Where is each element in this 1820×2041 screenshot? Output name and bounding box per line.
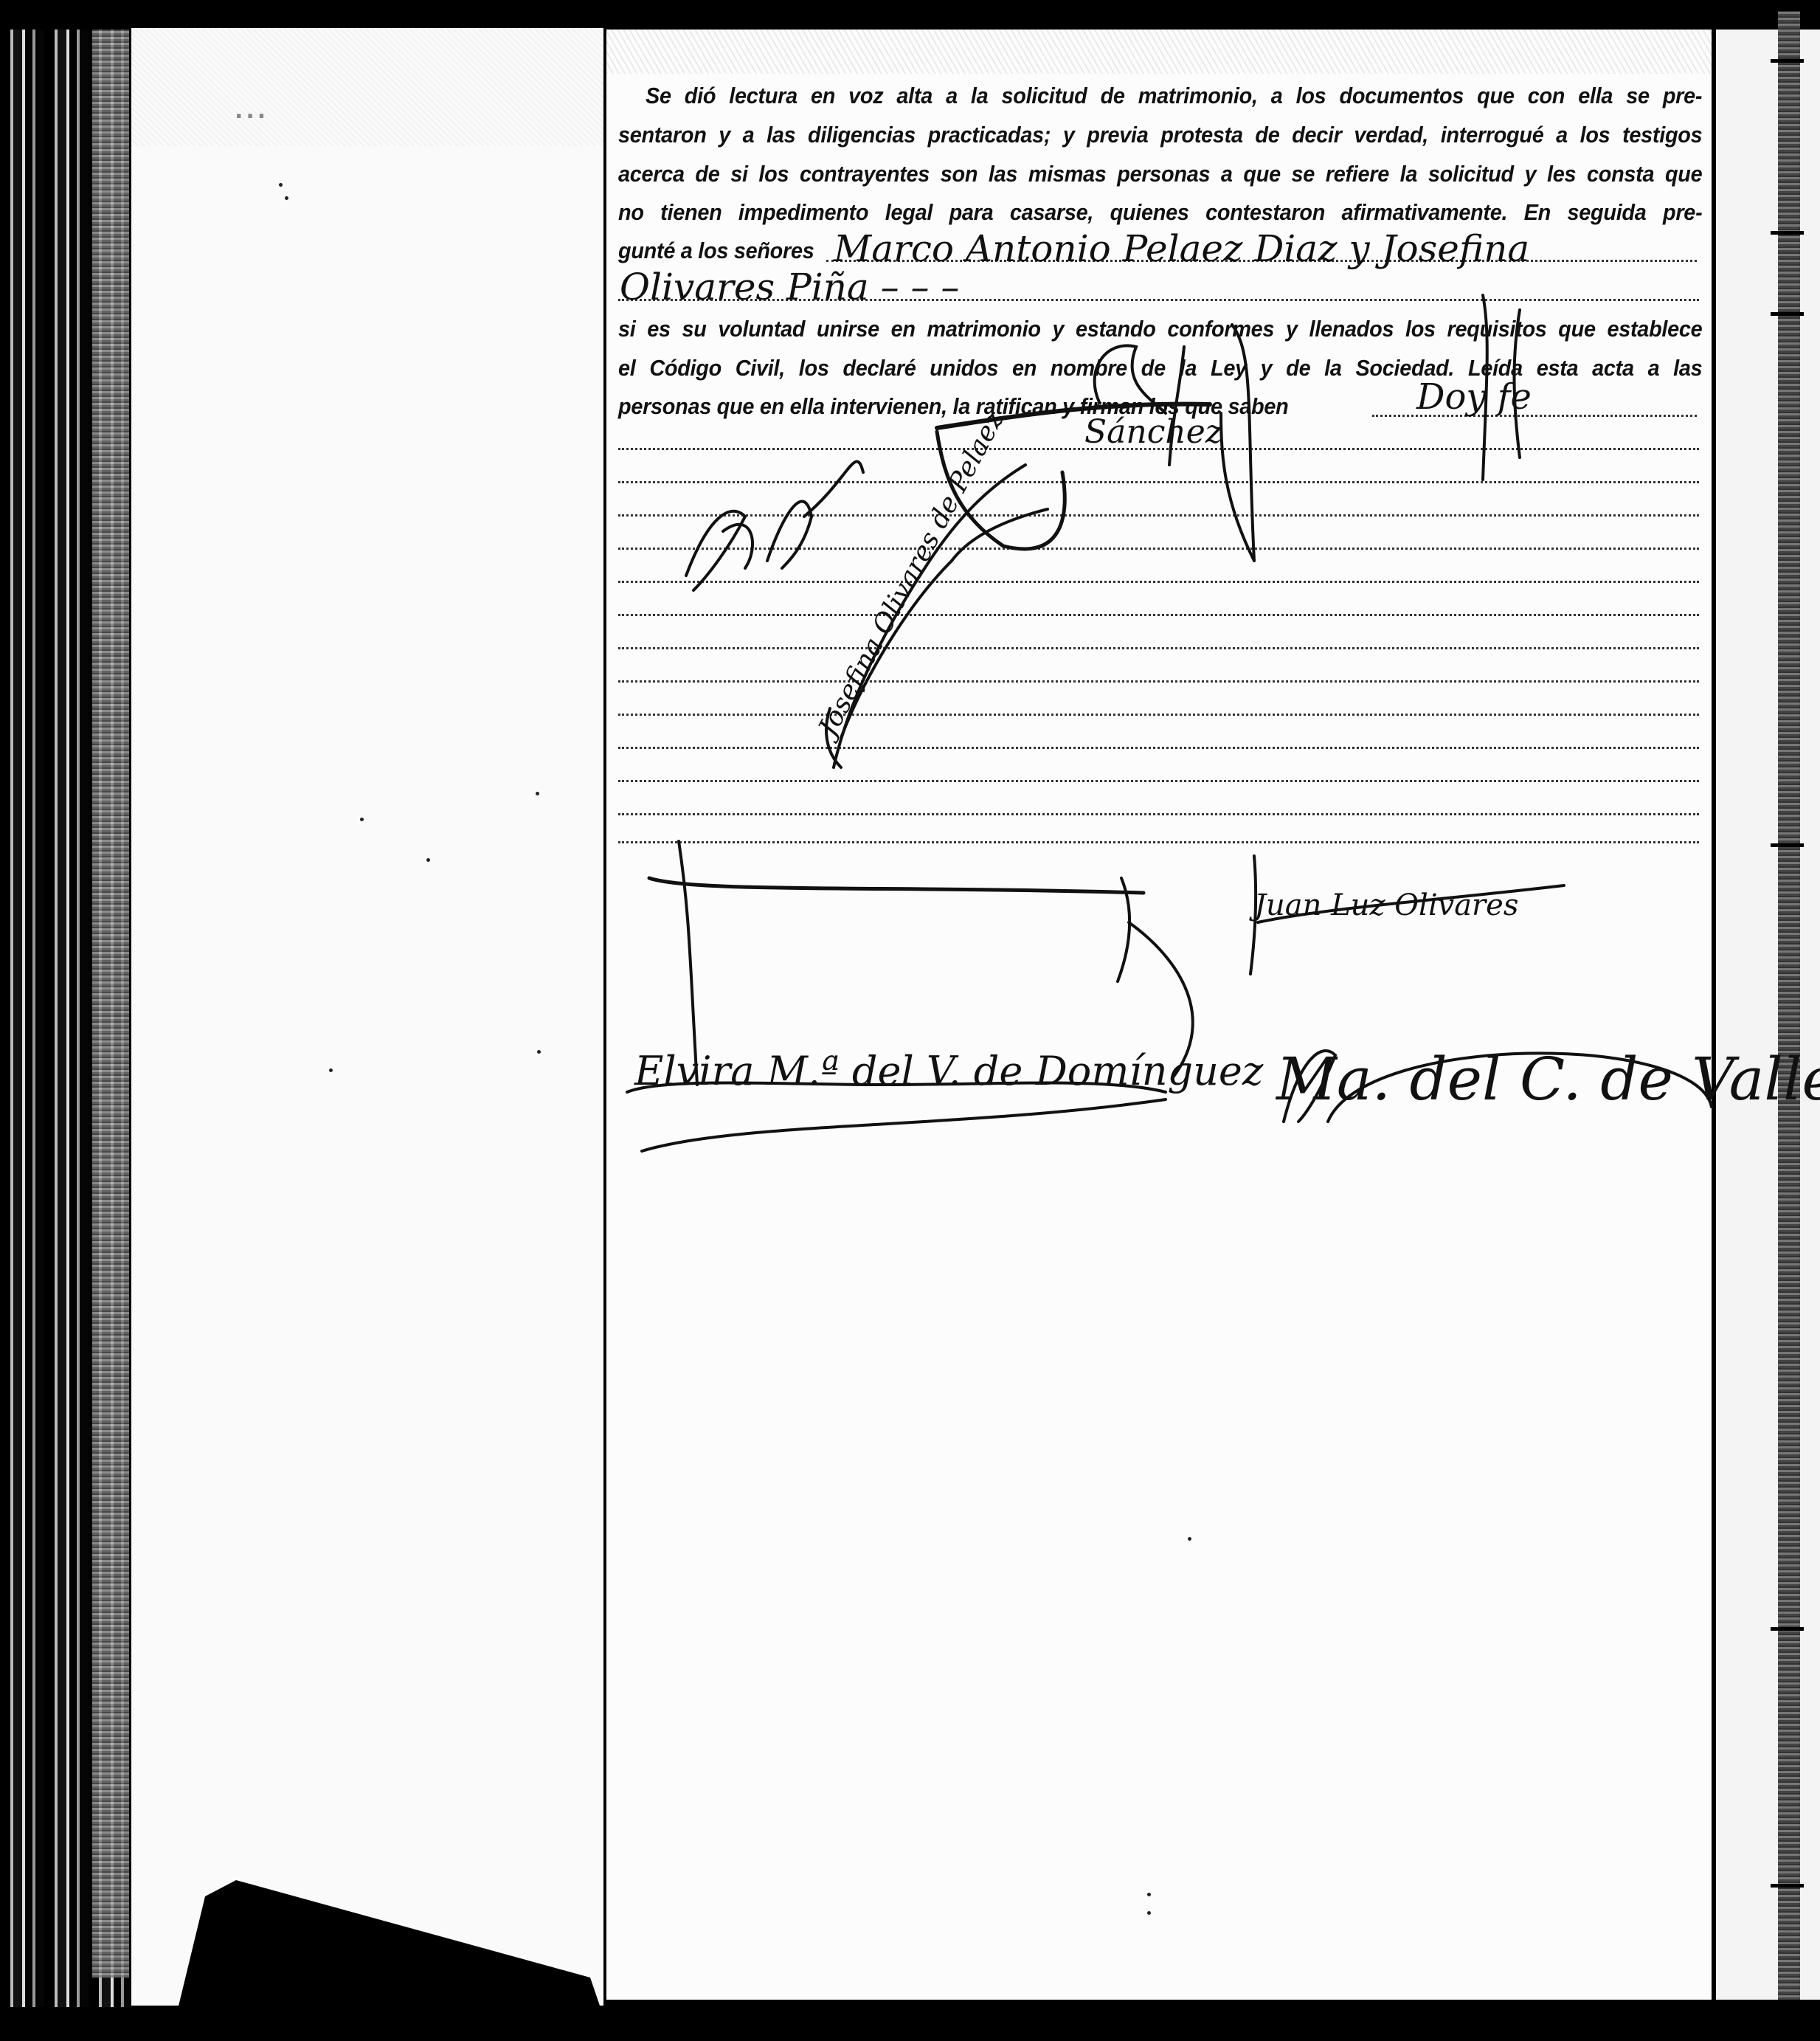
binding-tick <box>1771 312 1804 316</box>
ruled-line <box>618 647 1699 649</box>
speck <box>1147 1911 1151 1915</box>
ruled-line <box>618 548 1699 550</box>
binding-tick <box>1771 1884 1804 1888</box>
ruled-line <box>618 614 1699 616</box>
left-blank-page: ... <box>131 28 603 2006</box>
scan-bottom-border <box>603 2001 1820 2041</box>
paragraph-line: Se dió lectura en voz alta a la solicitu… <box>646 83 1702 109</box>
speck <box>329 1068 333 1072</box>
speck <box>279 183 283 187</box>
ruled-line <box>618 780 1699 782</box>
ruled-line <box>618 714 1699 716</box>
speck <box>285 196 288 200</box>
handwritten-names: Olivares Piña – – – <box>620 266 959 308</box>
paragraph-line: el Código Civil, los declaré unidos en n… <box>618 355 1702 381</box>
paper-texture <box>606 30 1717 74</box>
binding-band <box>1778 11 1800 2000</box>
ruled-line <box>618 747 1699 749</box>
handwritten-doy-fe: Doy fe <box>1416 376 1532 418</box>
ruled-line <box>618 514 1699 517</box>
binding-tick <box>1771 843 1804 847</box>
paragraph-line: no tienen impedimento legal para casarse… <box>618 199 1702 226</box>
binding-tick <box>1771 59 1804 63</box>
binding-tick <box>1771 1627 1804 1631</box>
speck <box>1188 1537 1191 1541</box>
paper-texture <box>131 28 603 146</box>
speck <box>426 858 430 862</box>
speck <box>1147 1893 1151 1896</box>
ruled-line <box>618 813 1699 815</box>
speck <box>537 1050 541 1054</box>
ruled-line <box>618 481 1699 483</box>
scanned-page: ... Se dió lectura en voz alta a la soli… <box>0 0 1820 2041</box>
ruled-line <box>618 581 1699 583</box>
speck <box>536 792 539 795</box>
page-edge-shadow <box>92 30 129 1978</box>
folio-number: ... <box>235 98 269 124</box>
ruled-line <box>618 680 1699 683</box>
ruled-line <box>618 448 1699 450</box>
paragraph-line: sentaron y a las diligencias practicadas… <box>618 122 1702 148</box>
binding-tick <box>1771 231 1804 235</box>
paragraph-line: si es su voluntad unirse en matrimonio y… <box>618 316 1702 342</box>
ruled-line <box>618 841 1699 843</box>
handwritten-names: Marco Antonio Pelaez Diaz y Josefina <box>834 227 1529 270</box>
scan-top-border <box>0 0 1820 31</box>
next-page-sliver <box>1716 30 1820 2000</box>
speck <box>360 818 364 821</box>
paragraph-line: acerca de si los contrayentes son las mi… <box>618 161 1702 187</box>
